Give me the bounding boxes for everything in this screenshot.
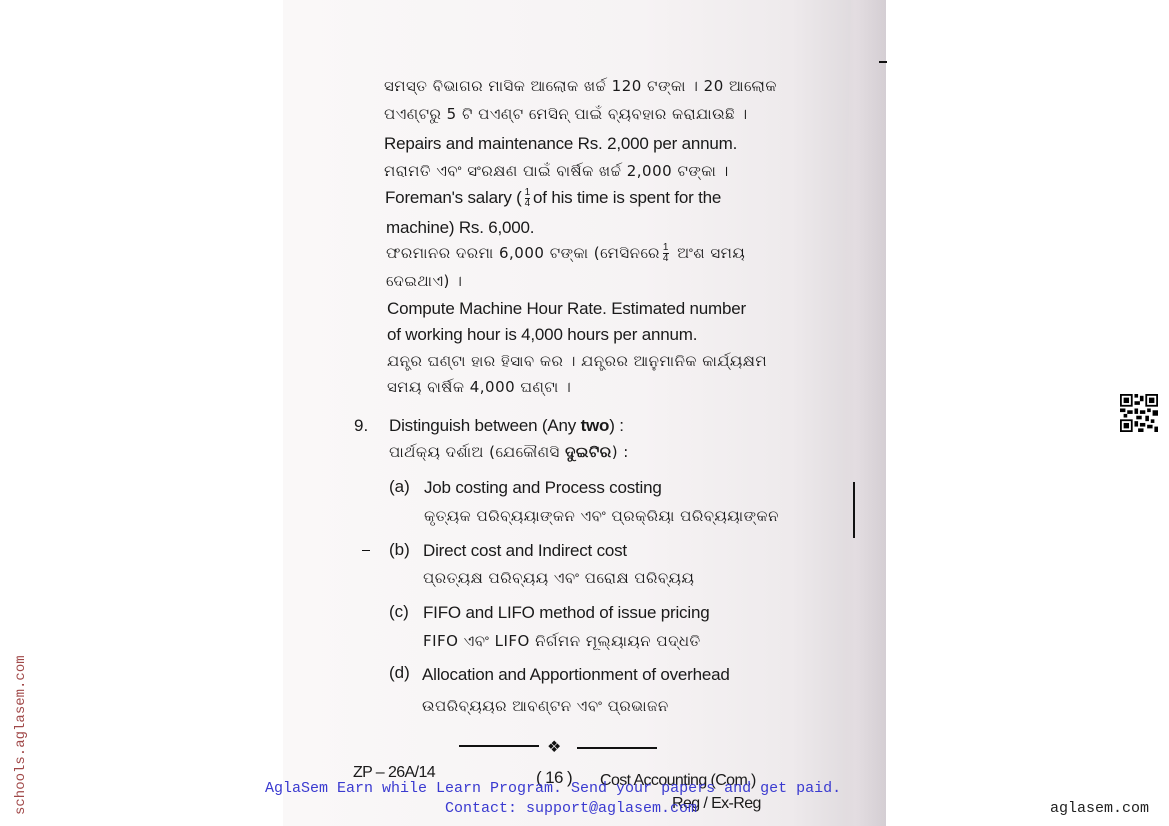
- question-number: 9.: [354, 416, 368, 436]
- fraction-one-quarter: 14: [525, 188, 530, 209]
- item-d-label: (d): [389, 663, 410, 683]
- edge-tick-mark: [879, 61, 887, 63]
- compute-instruction-2: of working hour is 4,000 hours per annum…: [387, 325, 697, 345]
- item-a-odia: କୃତ୍ୟକ ପରିବ୍ୟୟାଙ୍କନ ଏବଂ ପ୍ରକ୍ରିୟା ପରିବ୍ୟ…: [424, 507, 779, 525]
- question-9-title: Distinguish between (Any two) :: [389, 416, 624, 436]
- item-d-english: Allocation and Apportionment of overhead: [422, 665, 730, 685]
- lighting-cost-odia-2: ପଏଣ୍ଟରୁ 5 ଟି ପଏଣ୍ଟ ମେସିନ୍ ପାଇଁ ବ୍ୟବହାର କ…: [384, 105, 748, 123]
- repairs-odia: ମରାମତି ଏବଂ ସଂରକ୍ଷଣ ପାଇଁ ବାର୍ଷିକ ଖର୍ଚ୍ଚ 2…: [384, 162, 729, 180]
- item-a-english: Job costing and Process costing: [424, 478, 662, 498]
- end-divider-right: [577, 747, 657, 749]
- promo-watermark: AglaSem Earn while Learn Program. Send y…: [265, 780, 841, 797]
- item-b-english: Direct cost and Indirect cost: [423, 541, 627, 561]
- foreman-odia-line: ଫରମାନର ଦରମା 6,000 ଟଙ୍କା (ମେସିନରେ14 ଅଂଶ ସ…: [386, 243, 745, 264]
- compute-odia: ଯନ୍ତ୍ର ଘଣ୍ଟା ହାର ହିସାବ କର । ଯନ୍ତ୍ରର ଆନୁମ…: [387, 352, 767, 370]
- qr-code-icon: [1120, 394, 1158, 432]
- compute-odia-2: ସମୟ ବାର୍ଷିକ 4,000 ଘଣ୍ଟା ।: [387, 378, 571, 396]
- contact-watermark: Contact: support@aglasem.com: [445, 800, 697, 817]
- item-a-label: (a): [389, 477, 410, 497]
- end-divider-left: [459, 745, 539, 747]
- item-c-english: FIFO and LIFO method of issue pricing: [423, 603, 709, 623]
- fraction-one-quarter-odia: 14: [663, 243, 669, 264]
- item-c-odia: FIFO ଏବଂ LIFO ନିର୍ଗମନ ମୂଲ୍ୟାୟନ ପଦ୍ଧତି: [423, 632, 701, 650]
- edge-bracket-mark: [853, 482, 855, 538]
- margin-dash: [362, 550, 370, 551]
- foreman-odia-line-2: ଦେଇଥାଏ) ।: [386, 272, 462, 290]
- foreman-suffix: of his time is spent for the: [533, 188, 721, 207]
- item-b-label: (b): [389, 540, 410, 560]
- item-b-odia: ପ୍ରତ୍ୟକ୍ଷ ପରିବ୍ୟୟ ଏବଂ ପରୋକ୍ଷ ପରିବ୍ୟୟ: [423, 569, 694, 587]
- foreman-salary-line-2: machine) Rs. 6,000.: [386, 218, 534, 238]
- item-d-odia: ଉପରିବ୍ୟୟର ଆବଣ୍ଟନ ଏବଂ ପ୍ରଭାଜନ: [422, 697, 669, 715]
- foreman-salary-line: Foreman's salary (14of his time is spent…: [385, 188, 721, 209]
- question-9-title-odia: ପାର୍ଥକ୍ୟ ଦର୍ଶାଅ (ଯେକୌଣସି ଦୁଇଟିର) :: [389, 443, 629, 461]
- side-watermark: schools.aglasem.com: [13, 655, 29, 815]
- ornament-icon: ❖: [547, 737, 561, 757]
- item-c-label: (c): [389, 602, 409, 622]
- repairs-text: Repairs and maintenance Rs. 2,000 per an…: [384, 134, 737, 154]
- compute-instruction: Compute Machine Hour Rate. Estimated num…: [387, 299, 746, 319]
- brand-watermark: aglasem.com: [1050, 800, 1149, 817]
- lighting-cost-odia-1: ସମସ୍ତ ବିଭାଗର ମାସିକ ଆଲୋକ ଖର୍ଚ୍ଚ 120 ଟଙ୍କା…: [384, 77, 777, 95]
- foreman-prefix: Foreman's salary (: [385, 188, 522, 207]
